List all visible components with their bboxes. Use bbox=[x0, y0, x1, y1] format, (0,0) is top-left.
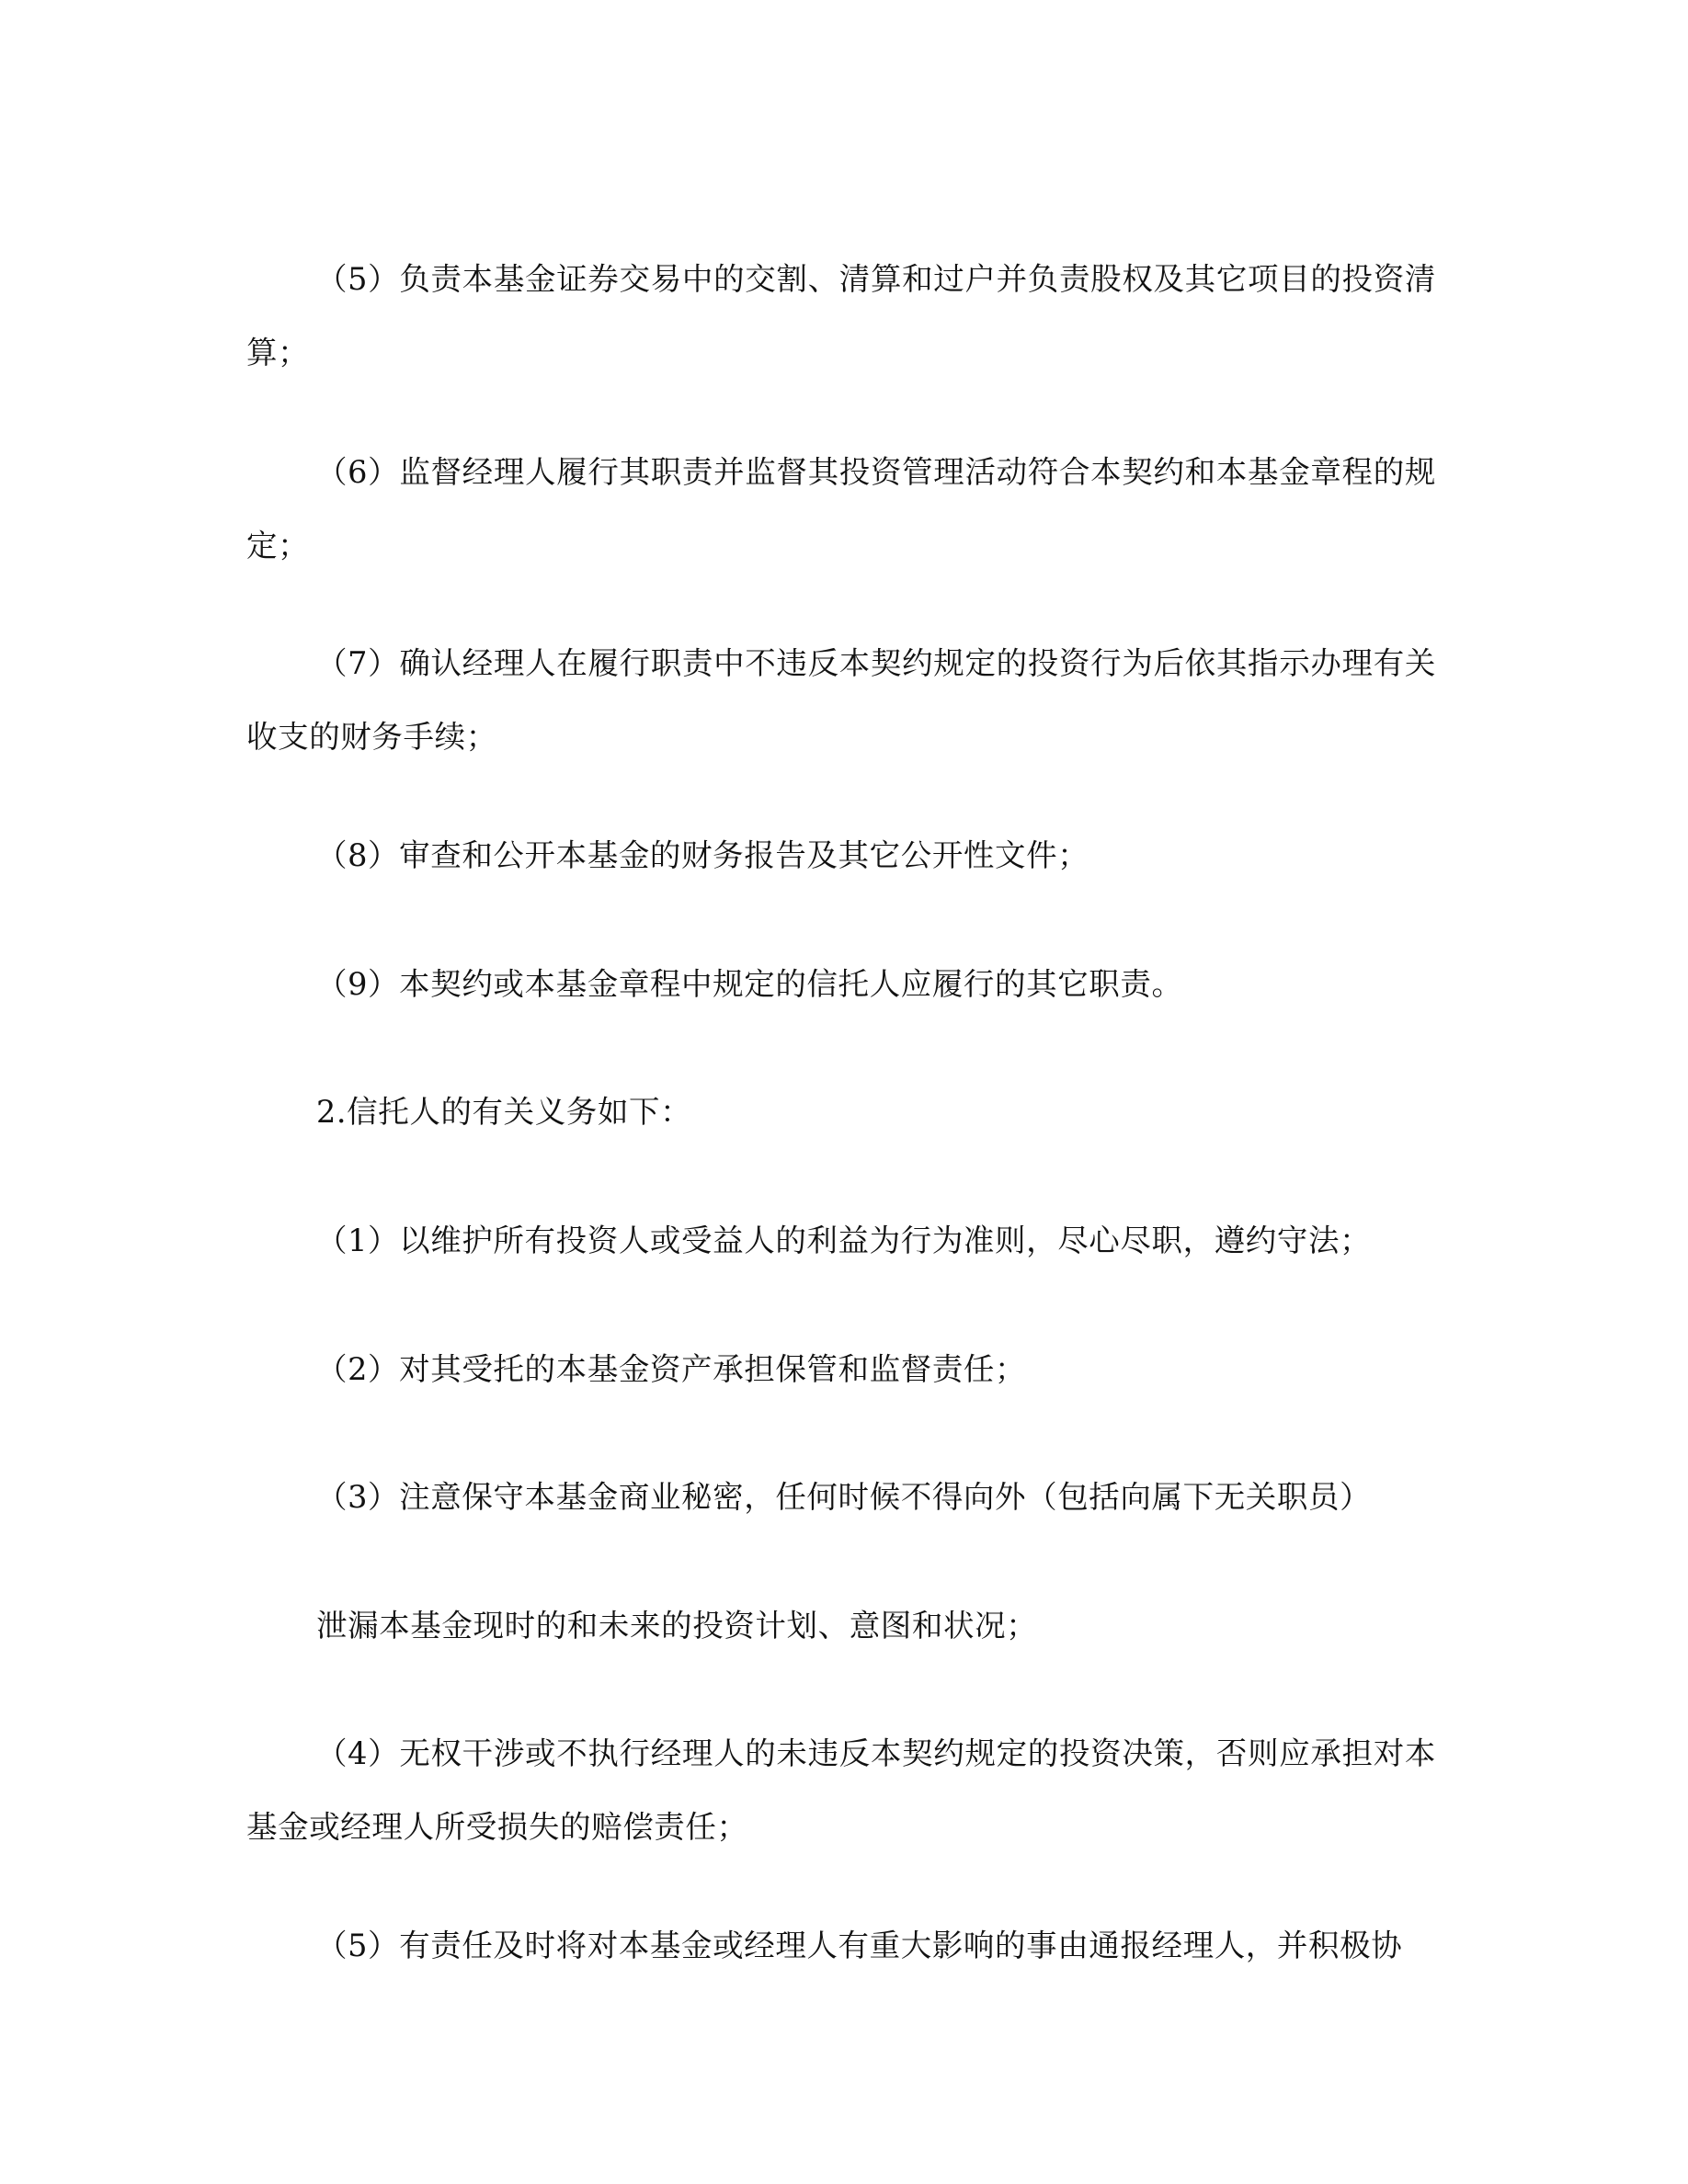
paragraph-custodian-duty-8: （8）审查和公开本基金的财务报告及其它公开性文件； bbox=[246, 819, 1436, 893]
paragraph-obligation-3-continued: 泄漏本基金现时的和未来的投资计划、意图和状况； bbox=[246, 1589, 1436, 1663]
paragraph-obligation-5: （5）有责任及时将对本基金或经理人有重大影响的事由通报经理人，并积极协 bbox=[246, 1909, 1436, 1983]
paragraph-obligation-2: （2）对其受托的本基金资产承担保管和监督责任； bbox=[246, 1333, 1436, 1406]
paragraph-custodian-duty-9: （9）本契约或本基金章程中规定的信托人应履行的其它职责。 bbox=[246, 948, 1436, 1021]
section-heading-custodian-obligations: 2.信托人的有关义务如下： bbox=[246, 1075, 1436, 1149]
paragraph-obligation-4: （4）无权干涉或不执行经理人的未违反本契约规定的投资决策，否则应承担对本基金或经… bbox=[246, 1717, 1436, 1864]
paragraph-obligation-3: （3）注意保守本基金商业秘密，任何时候不得向外（包括向属下无关职员） bbox=[246, 1461, 1436, 1534]
paragraph-custodian-duty-6: （6）监督经理人履行其职责并监督其投资管理活动符合本契约和本基金章程的规定； bbox=[246, 436, 1436, 583]
paragraph-custodian-duty-7: （7）确认经理人在履行职责中不违反本契约规定的投资行为后依其指示办理有关收支的财… bbox=[246, 627, 1436, 774]
document-page: （5）负责本基金证券交易中的交割、清算和过户并负责股权及其它项目的投资清算； （… bbox=[0, 0, 1688, 2184]
paragraph-custodian-duty-5: （5）负责本基金证券交易中的交割、清算和过户并负责股权及其它项目的投资清算； bbox=[246, 243, 1436, 390]
paragraph-obligation-1: （1）以维护所有投资人或受益人的利益为行为准则，尽心尽职，遵约守法； bbox=[246, 1204, 1436, 1278]
